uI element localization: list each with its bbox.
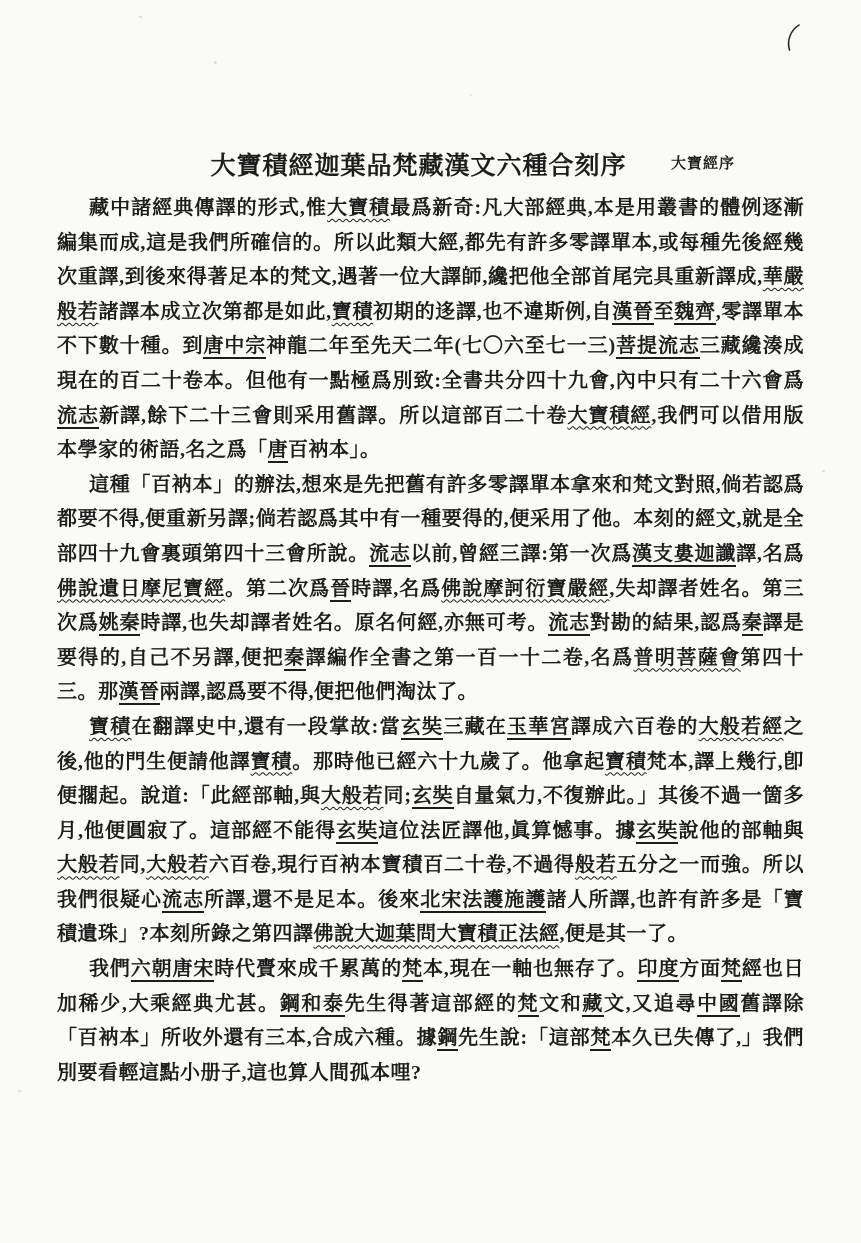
margin-note: 大寶經序 xyxy=(671,152,735,173)
text-run: 文,又追尋 xyxy=(604,993,697,1015)
pen-scribble-mark xyxy=(783,23,802,53)
proper-noun-text: 秦 xyxy=(742,612,763,636)
proper-noun-text: 玄奘 xyxy=(401,716,444,740)
proper-noun-text: 唐 xyxy=(268,439,289,463)
scan-speck xyxy=(822,470,825,472)
proper-noun-text: 梵 xyxy=(402,958,423,982)
scan-speck xyxy=(214,61,217,64)
book-title-text: 大寶積經 xyxy=(567,405,651,427)
proper-noun-text: 漢 xyxy=(632,543,653,567)
book-title-text: 大般若 xyxy=(321,785,384,807)
text-run: 對勘的結果,認爲 xyxy=(590,612,742,634)
text-run: 六百卷,現行百衲本寶積百二十卷,不過得 xyxy=(209,854,575,876)
proper-noun-text: 流志 xyxy=(162,889,204,913)
text-run: 先生說:「這部 xyxy=(458,1027,590,1049)
text-run: 至 xyxy=(654,301,675,323)
text-run: 諸譯本成立次第都是如此, xyxy=(98,301,331,323)
proper-noun-text: 印度 xyxy=(637,958,679,982)
book-title-text: 普明菩薩會 xyxy=(634,647,741,669)
scan-speck xyxy=(470,94,472,96)
text-run: ,便是其一了。 xyxy=(560,923,689,945)
proper-noun-text: 玄奘 xyxy=(336,820,378,844)
proper-noun-text: 流志 xyxy=(369,543,411,567)
book-title-text: 寶積 xyxy=(89,716,132,738)
book-title-text: 寶積 xyxy=(332,301,374,323)
proper-noun-text: 梵 xyxy=(590,1027,611,1051)
text-run: 譯編作全書之第一百一十二卷,名爲 xyxy=(306,647,634,669)
text-run: 。第二次爲 xyxy=(225,578,330,600)
text-run: 時譯,也失却譯者姓名。原名何經,亦無可考。 xyxy=(140,612,548,634)
scan-speck xyxy=(139,16,142,18)
text-run: 時譯,名爲 xyxy=(351,578,441,600)
text-run: 方面 xyxy=(679,958,721,980)
proper-noun-text: 玉華宮 xyxy=(507,716,571,740)
proper-noun-text: 晉 xyxy=(330,578,351,602)
book-title-text: 大般若 xyxy=(57,854,120,876)
text-run: 說他的部軸與 xyxy=(678,820,804,842)
text-run: 所譯,還不是足本。後來 xyxy=(204,889,420,911)
body-text: 藏中諸經典傳譯的形式,惟大寶積最爲新奇:凡大部經典,本是用叢書的體例逐漸編集而成… xyxy=(57,191,804,1090)
text-run: 。那時他已經六十九歲了。他拿起 xyxy=(292,751,605,773)
text-run: 三藏在 xyxy=(443,716,507,738)
text-run: 藏中諸經典傳譯的形式,惟 xyxy=(89,197,327,219)
text-run: 時代賷來成千累萬的 xyxy=(214,958,402,980)
scan-speck xyxy=(18,1090,21,1092)
book-title-text: 般若 xyxy=(575,854,617,876)
book-title-text: 佛說遺日摩尼寶經 xyxy=(57,578,225,600)
proper-noun-text: 唐中宗 xyxy=(203,335,266,359)
proper-noun-text: 施護 xyxy=(504,889,546,913)
book-title-text: 大般若經 xyxy=(698,716,783,738)
text-run: 這位法匠譯他,眞算憾事。據 xyxy=(378,820,636,842)
proper-noun-text: 菩提流志 xyxy=(616,335,700,359)
proper-noun-text: 流志 xyxy=(548,612,590,636)
book-title-text: 寶積 xyxy=(251,751,293,773)
book-title-text: 佛說摩訶衍寶嚴經 xyxy=(441,578,609,600)
proper-noun-text: 姚秦 xyxy=(99,612,141,636)
book-title-text: 佛說大迦葉問大寶積正法經 xyxy=(314,923,560,945)
paragraph: 我們六朝唐宋時代賷來成千累萬的梵本,現在一軸也無存了。印度方面梵經也日加稀少,大… xyxy=(57,952,804,1090)
proper-noun-text: 秦 xyxy=(284,647,305,671)
proper-noun-text: 玄奘 xyxy=(636,820,678,844)
proper-noun-text: 玄奘 xyxy=(412,785,454,809)
proper-noun-text: 梵 xyxy=(721,958,742,982)
text-run: 同; xyxy=(384,785,412,807)
proper-noun-text: 梵 xyxy=(518,993,540,1017)
proper-noun-text: 漢晉 xyxy=(119,681,160,705)
proper-noun-text: 法護 xyxy=(462,889,504,913)
proper-noun-text: 北宋 xyxy=(420,889,462,913)
paragraph: 寶積在翻譯史中,還有一段掌故:當玄奘三藏在玉華宮譯成六百卷的大般若經之後,他的門… xyxy=(57,710,804,952)
book-title-text: 大寶積 xyxy=(327,197,390,219)
text-run: 神龍二年至先天二年(七〇六至七一三) xyxy=(266,335,616,357)
scanned-document-page: 大寶積經迦葉品梵藏漢文六種合刻序 大寶經序 藏中諸經典傳譯的形式,惟大寶積最爲新… xyxy=(0,0,861,1243)
text-run: 在翻譯史中,還有一段掌故:當 xyxy=(132,716,401,738)
text-run: 新譯,餘下二十三會則采用舊譯。所以這部百二十卷 xyxy=(99,405,567,427)
text-run: 文和 xyxy=(539,993,582,1015)
proper-noun-text: 支婁迦讖 xyxy=(653,543,736,567)
text-run: 先生得著這部經的 xyxy=(345,993,518,1015)
proper-noun-text: 漢晉 xyxy=(612,301,653,325)
proper-noun-text: 唐宋 xyxy=(173,958,215,982)
proper-noun-text: 魏齊 xyxy=(674,301,715,325)
text-run: 本,現在一軸也無存了。 xyxy=(423,958,638,980)
proper-noun-text: 中國 xyxy=(697,993,740,1017)
text-run: 初期的迻譯,也不違斯例,自 xyxy=(373,301,612,323)
book-title-text: 大般若 xyxy=(146,854,209,876)
proper-noun-text: 鋼和泰 xyxy=(280,993,345,1017)
proper-noun-text: 六朝 xyxy=(131,958,173,982)
proper-noun-text: 藏 xyxy=(582,993,604,1017)
text-run: 譯,名爲 xyxy=(736,543,804,565)
paragraph: 這種「百衲本」的辦法,想來是先把舊有許多零譯單本拿來和梵文對照,倘若認爲都要不得… xyxy=(57,468,804,710)
text-run: 兩譯,認爲要不得,便把他們淘汰了。 xyxy=(160,681,479,703)
text-run: 同, xyxy=(120,854,146,876)
proper-noun-text: 鋼 xyxy=(437,1027,458,1051)
proper-noun-text: 流志 xyxy=(57,405,99,429)
text-run: 我們 xyxy=(89,958,131,980)
text-run: 譯成六百卷的 xyxy=(571,716,699,738)
paragraph: 藏中諸經典傳譯的形式,惟大寶積最爲新奇:凡大部經典,本是用叢書的體例逐漸編集而成… xyxy=(57,191,804,468)
text-run: 以前,曾經三譯:第一次爲 xyxy=(411,543,632,565)
text-run: 百衲本」。 xyxy=(288,439,381,461)
book-title-text: 寶積 xyxy=(605,751,647,773)
page-title: 大寶積經迦葉品梵藏漢文六種合刻序 xyxy=(210,146,626,182)
